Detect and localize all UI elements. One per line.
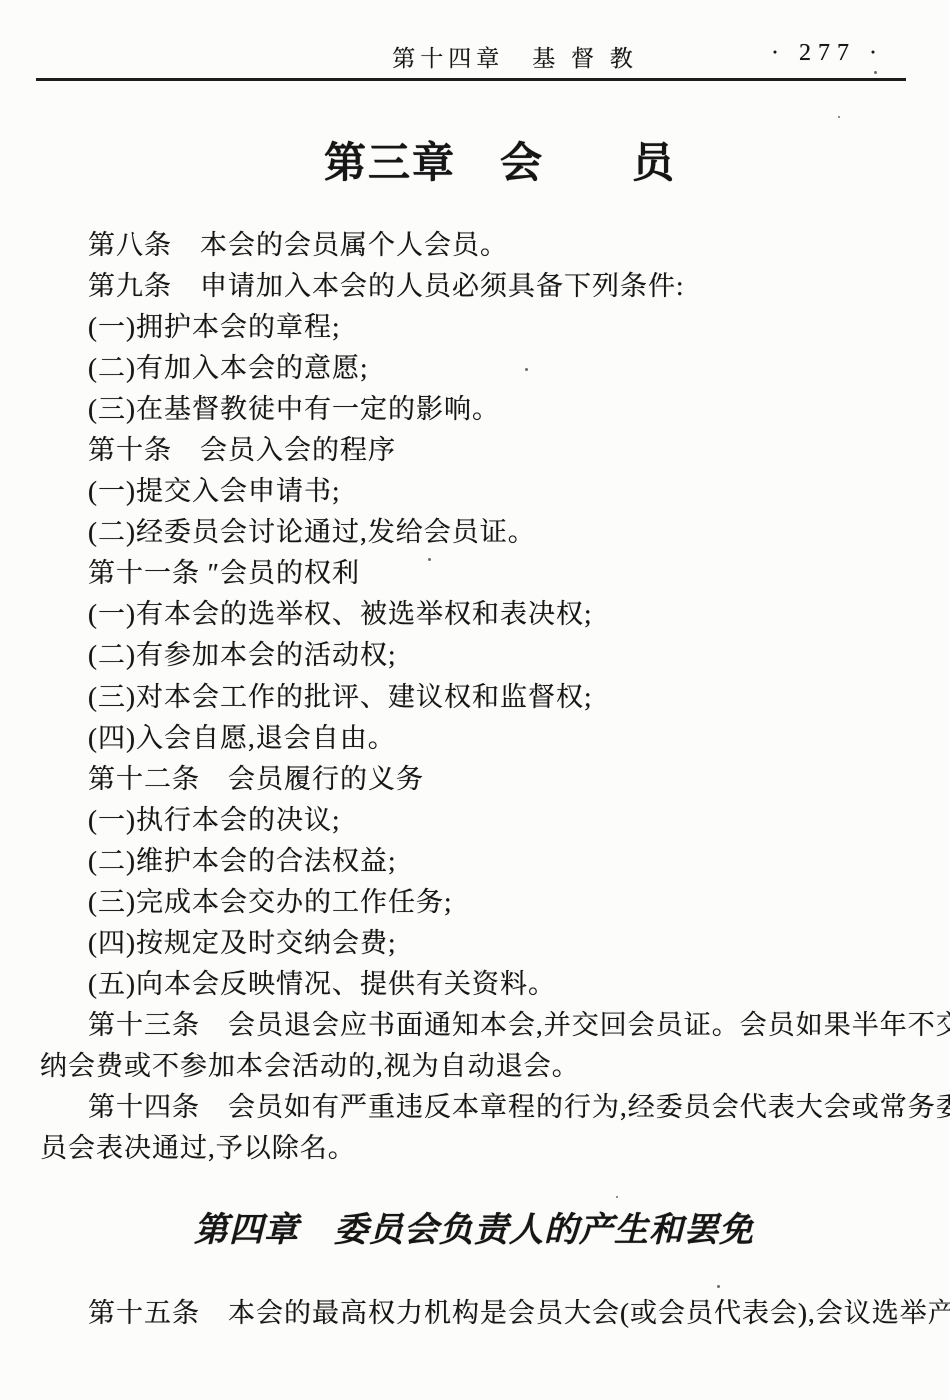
- scan-speck: [616, 1196, 618, 1198]
- text-line: 员会表决通过,予以除名。: [40, 1128, 908, 1169]
- text-line: 纳会费或不参加本会活动的,视为自动退会。: [40, 1046, 908, 1087]
- text-line: (二)维护本会的合法权益;: [40, 841, 908, 882]
- text-line: (五)向本会反映情况、提供有关资料。: [40, 964, 908, 1005]
- text-line: (三)完成本会交办的工作任务;: [40, 882, 908, 923]
- text-line: (一)执行本会的决议;: [40, 800, 908, 841]
- chapter4-lines: 第十五条 本会的最高权力机构是会员大会(或会员代表会),会议选举产: [40, 1293, 908, 1334]
- text-line: (一)提交入会申请书;: [40, 471, 908, 512]
- text-line: 第九条 申请加入本会的人员必须具备下列条件:: [40, 266, 908, 307]
- text-line: (四)按规定及时交纳会费;: [40, 923, 908, 964]
- text-line: (三)在基督教徒中有一定的影响。: [40, 389, 908, 430]
- scanned-book-page: 第十四章 基 督 教 · 277 · 第三章 会 员 第八条 本会的会员属个人会…: [0, 0, 950, 1400]
- text-line: 第十四条 会员如有严重违反本章程的行为,经委员会代表大会或常务委: [40, 1087, 908, 1128]
- text-line: (二)经委员会讨论通过,发给会员证。: [40, 512, 908, 553]
- chapter3-lines: 第八条 本会的会员属个人会员。第九条 申请加入本会的人员必须具备下列条件:(一)…: [40, 225, 908, 1169]
- page-number: · 277 ·: [771, 40, 884, 67]
- text-line: (二)有参加本会的活动权;: [40, 635, 908, 676]
- text-line: (一)拥护本会的章程;: [40, 307, 908, 348]
- text-line: (三)对本会工作的批评、建议权和监督权;: [40, 677, 908, 718]
- scan-speck: [717, 1285, 720, 1288]
- text-line: 第十三条 会员退会应书面通知本会,并交回会员证。会员如果半年不交: [40, 1005, 908, 1046]
- running-head: 第十四章 基 督 教 · 277 ·: [0, 40, 950, 74]
- text-line: 第十二条 会员履行的义务: [40, 759, 908, 800]
- text-line: (二)有加入本会的意愿;: [40, 348, 908, 389]
- section-title-chapter3: 第三章 会 员: [25, 130, 950, 190]
- body-text: 第八条 本会的会员属个人会员。第九条 申请加入本会的人员必须具备下列条件:(一)…: [40, 225, 908, 1334]
- text-line: 第十一条 ″会员的权利: [40, 553, 908, 594]
- text-line: (一)有本会的选举权、被选举权和表决权;: [40, 594, 908, 635]
- text-line: 第八条 本会的会员属个人会员。: [40, 225, 908, 266]
- scan-speck: [525, 368, 528, 371]
- text-line: (四)入会自愿,退会自由。: [40, 718, 908, 759]
- text-line: 第十五条 本会的最高权力机构是会员大会(或会员代表会),会议选举产: [40, 1293, 908, 1334]
- scan-speck: [838, 116, 840, 118]
- scan-speck: [428, 558, 431, 561]
- text-line: 第十条 会员入会的程序: [40, 430, 908, 471]
- header-rule: [36, 78, 906, 81]
- section-title-chapter4: 第四章 委员会负责人的产生和罢免: [40, 1203, 908, 1259]
- scan-speck: [874, 71, 877, 74]
